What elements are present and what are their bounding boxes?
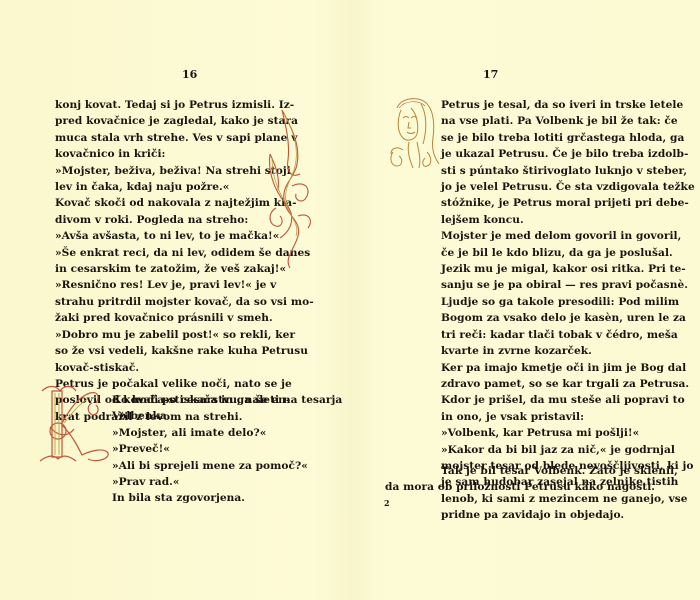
signature-mark: 2: [384, 498, 390, 508]
text-line: Petrus je tesal, da so iveri in trske le…: [441, 97, 655, 113]
text-line: so že vsi vedeli, kakšne rake kuha Petru…: [55, 343, 262, 359]
text-line: kvarte in zvrne kozarček.: [441, 343, 655, 359]
text-line: kovačnico in kriči:: [55, 146, 262, 162]
text-line: pred kovačnice je zagledal, kako je star…: [55, 113, 262, 129]
text-line: »Ali bi sprejeli mene za pomoč?«: [112, 458, 322, 474]
text-line: je ukazal Petrusu. Če je bilo treba izdo…: [441, 146, 655, 162]
text-line: Ko hodi po cesarstvu, naleti na tesarja: [112, 392, 322, 408]
left-page-text: konj kovat. Tedaj si jo Petrus izmisli. …: [55, 97, 262, 425]
text-line: »Mojster, beživa, beživa! Na strehi stoj…: [55, 163, 262, 179]
woman-portrait-icon: [387, 94, 441, 170]
text-line: če je bil le kdo blizu, da ga je posluša…: [441, 245, 655, 261]
right-page-closing-text: Tak je bil tesar Volbenk. Zato je skleni…: [385, 463, 655, 496]
book-spread: 16 17 konj kovat. Tedaj si jo Petrus izm…: [0, 0, 700, 600]
text-line: Kdor je prišel, da mu steše ali popravi …: [441, 392, 655, 408]
text-line: Jezik mu je migal, kakor osi ritka. Pri …: [441, 261, 655, 277]
text-line: Mojster je med delom govoril in govoril,: [441, 228, 655, 244]
text-line: »Preveč!«: [112, 441, 322, 457]
vine-ornament-icon: [262, 108, 322, 268]
text-line: Tak je bil tesar Volbenk. Zato je skleni…: [385, 463, 655, 479]
text-line: kovač-stiskač.: [55, 360, 262, 376]
page-number-right: 17: [483, 68, 498, 81]
text-line: »Resnično res! Lev je, pravi lev!« je v: [55, 277, 262, 293]
text-line: Ker pa imajo kmetje oči in jim je Bog da…: [441, 360, 655, 376]
text-line: muca stala vrh strehe. Ves v sapi plane …: [55, 130, 262, 146]
text-line: »Prav rad.«: [112, 474, 322, 490]
text-line: konj kovat. Tedaj si jo Petrus izmisli. …: [55, 97, 262, 113]
text-line: »Kakor da bi bil jaz za nič,« je godrnja…: [441, 442, 655, 458]
text-line: »Mojster, ali imate delo?«: [112, 425, 322, 441]
text-line: lejšem koncu.: [441, 212, 655, 228]
text-line: Volbenka.: [112, 408, 322, 424]
text-line: In bila sta zgovorjena.: [112, 490, 322, 506]
text-line: »Volbenk, kar Petrusa mi pošlji!«: [441, 425, 655, 441]
text-line: in cesarskim te zatožim, že veš zakaj!«: [55, 261, 262, 277]
text-line: se je bilo treba lotiti grčastega hloda,…: [441, 130, 655, 146]
left-page-section-text: Ko hodi po cesarstvu, naleti na tesarja …: [112, 392, 322, 507]
text-line: žaki pred kovačnico prásnili v smeh.: [55, 310, 262, 326]
text-line: zdravo pamet, so se kar trgali za Petrus…: [441, 376, 655, 392]
text-line: sti s púntako štirivoglato luknjo v steb…: [441, 163, 655, 179]
text-line: Ljudje so ga takole presodili: Pod milim: [441, 294, 655, 310]
text-line: strahu pritrdil mojster kovač, da so vsi…: [55, 294, 262, 310]
text-line: da mora ob priložnosti Petrusu káko nago…: [385, 479, 655, 495]
text-line: pridne pa zavidajo in objedajo.: [441, 507, 655, 523]
text-line: »Avša avšasta, to ni lev, to je mačka!«: [55, 228, 262, 244]
right-page-text: Petrus je tesal, da so iveri in trske le…: [441, 97, 655, 524]
text-line: jo je velel Petrusu. Če sta vzdigovala t…: [441, 179, 655, 195]
text-line: stóžnike, je Petrus moral prijeti pri de…: [441, 195, 655, 211]
text-line: Kovač skoči od nakovala z najtežjim kla-: [55, 195, 262, 211]
text-line: »Še enkrat reci, da ni lev, odidem še da…: [55, 245, 262, 261]
text-line: na vse plati. Pa Volbenk je bil že tak: …: [441, 113, 655, 129]
page-number-left: 16: [182, 68, 197, 81]
text-line: in ono, je vsak pristavil:: [441, 409, 655, 425]
text-line: tri reči: kadar tlači tobak v čédro, meš…: [441, 327, 655, 343]
text-line: sanju se je pa obiral — res pravi počasn…: [441, 277, 655, 293]
drop-cap-k-icon: [34, 383, 112, 469]
text-line: lev in čaka, kdaj naju požre.«: [55, 179, 262, 195]
text-line: »Dobro mu je zabelil post!« so rekli, ke…: [55, 327, 262, 343]
text-line: divom v roki. Pogleda na streho:: [55, 212, 262, 228]
text-line: Bogom za vsako delo je kasèn, uren le za: [441, 310, 655, 326]
